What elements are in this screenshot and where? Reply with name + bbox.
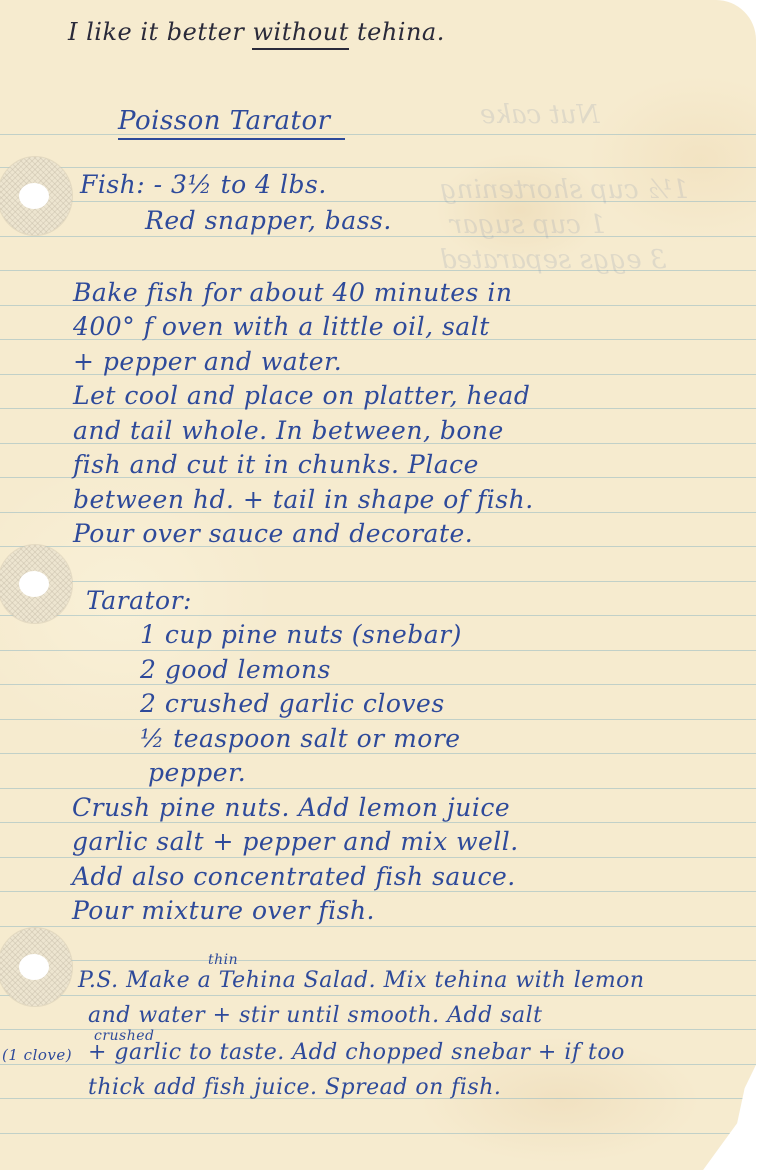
ingredient: ½ teaspoon salt or more — [140, 724, 461, 753]
instruction-line: between hd. + tail in shape of fish. — [73, 485, 534, 514]
instruction-line: Bake fish for about 40 minutes in — [73, 278, 512, 307]
ingredient: pepper. — [148, 758, 246, 787]
tarator-heading: Tarator: — [86, 586, 192, 615]
ps-line: P.S. Make a Tehina Salad. Mix tehina wit… — [78, 968, 645, 993]
insert-word: thin — [208, 952, 238, 968]
instruction-line: and tail whole. In between, bone — [73, 416, 504, 445]
bleed-through-text: 3 eggs separated — [440, 245, 666, 275]
instruction-line: + pepper and water. — [73, 347, 342, 376]
punch-hole-reinforcement — [0, 157, 72, 235]
top-note: I like it better without tehina. — [68, 18, 445, 46]
ingredient: 1 cup pine nuts (snebar) — [140, 620, 462, 649]
ps-line: and water + stir until smooth. Add salt — [88, 1003, 543, 1028]
method-line: Crush pine nuts. Add lemon juice — [72, 793, 510, 822]
ps-line: thick add fish juice. Spread on fish. — [88, 1075, 501, 1100]
ingredient: 2 good lemons — [140, 655, 331, 684]
punch-hole-reinforcement — [0, 545, 72, 623]
instruction-line: 400° f oven with a little oil, salt — [73, 312, 490, 341]
margin-note: (1 clove) — [2, 1046, 72, 1064]
bleed-through-text: 1½ cup shortening — [440, 175, 689, 205]
recipe-card: Nut cake 1½ cup shortening 1 cup sugar 3… — [0, 0, 756, 1170]
method-line: Pour mixture over fish. — [72, 896, 375, 925]
method-line: garlic salt + pepper and mix well. — [72, 827, 519, 856]
method-line: Add also concentrated fish sauce. — [72, 862, 516, 891]
bleed-through-text: Nut cake — [480, 100, 599, 130]
fish-type: Red snapper, bass. — [145, 206, 392, 235]
punch-hole-reinforcement — [0, 928, 72, 1006]
fish-quantity: Fish: - 3½ to 4 lbs. — [80, 170, 327, 199]
instruction-line: fish and cut it in chunks. Place — [73, 450, 479, 479]
recipe-title: Poisson Tarator — [118, 106, 345, 140]
ps-line: + garlic to taste. Add chopped snebar + … — [88, 1040, 625, 1065]
bleed-through-text: 1 cup sugar — [450, 210, 606, 240]
underlined-word: without — [252, 18, 348, 50]
instruction-line: Pour over sauce and decorate. — [73, 519, 473, 548]
ingredient: 2 crushed garlic cloves — [140, 689, 445, 718]
instruction-line: Let cool and place on platter, head — [73, 381, 530, 410]
